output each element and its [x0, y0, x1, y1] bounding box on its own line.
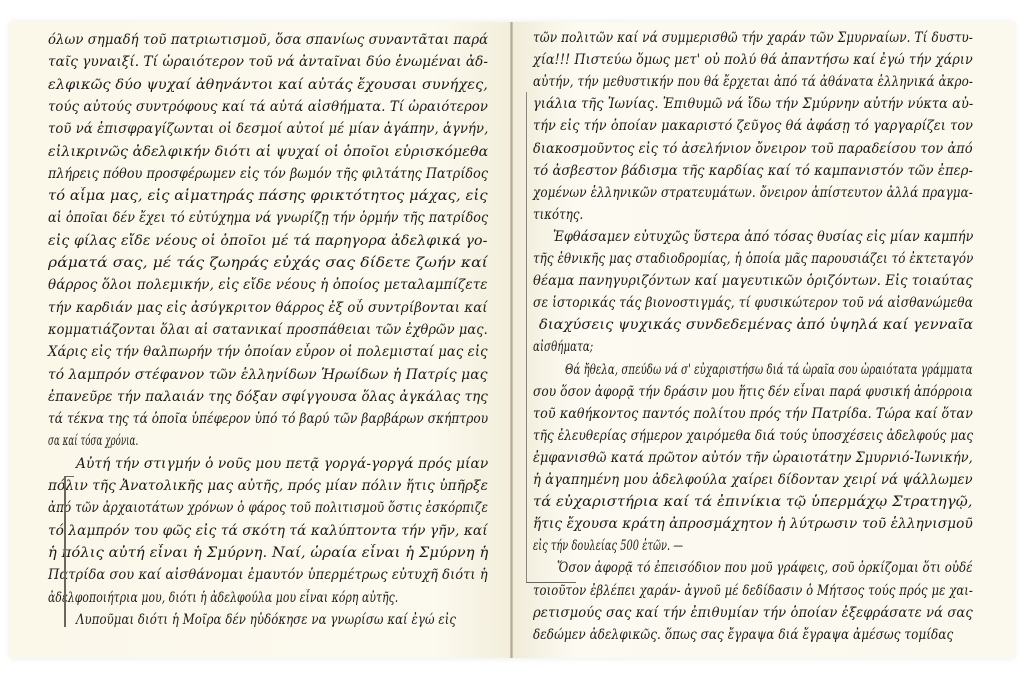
manuscript-line: ἀδελφοποιήτρια μου, διότι ἡ ἀδελφούλα μο…	[48, 590, 398, 606]
manuscript-line: σα καί τόσα χρόνια.	[48, 433, 138, 449]
manuscript-line: διακοσμοῦντος εἰς τό ἀσελήνιον ὄνειρον τ…	[533, 141, 973, 157]
manuscript-line: ἐπανεῦρε τήν παλαιάν της δόξαν σφίγγουσα…	[48, 389, 488, 405]
manuscript-line: Χάρις εἰς τήν θαλπωρήν τήν ὁποίαν εὗρον …	[48, 344, 488, 360]
manuscript-line: τῆς ἐλευθερίας σήμερον χαιρόμεθα διά τού…	[533, 428, 973, 444]
manuscript-line: Αὐτή τήν στιγμήν ὁ νοῦς μου πετᾷ γοργά-γ…	[76, 456, 488, 472]
manuscript-line: τά εὐχαριστήρια καί τά ἐπινίκια τῷ ὑπερμ…	[533, 494, 973, 510]
margin-bracket-right	[526, 92, 529, 582]
manuscript-line: τῶν πολιτῶν καί νά συμμερισθῶ τήν χαράν …	[533, 30, 973, 46]
manuscript-line: τό ἀσβεστον βάδισμα τῆς καρδίας καί τό κ…	[533, 163, 973, 179]
manuscript-line: εἰς τήν δουλείας 500 ἐτῶν. —	[533, 538, 683, 554]
manuscript-line: τούς αὐτούς συντρόφους καί τά αὐτά αἰσθή…	[48, 99, 488, 115]
left-page: όλων σημαδή τοῦ πατριωτισμοῦ, ὅσα σπανίω…	[10, 22, 510, 658]
manuscript-line: ρετισμούς σας καί τήν ἐπιθυμίαν τήν ὁποί…	[533, 605, 973, 621]
manuscript-line: τά τέκνα της τά ὁποῖα ὑπέφερον ὑπό τό βα…	[48, 411, 488, 427]
manuscript-line: εἰς φίλας εἴδε νέους οἱ ὁποῖοι μέ τά παρ…	[48, 233, 488, 249]
manuscript-line: ταῖς γυναιξί. Τί ὡραιότερον τοῦ νά ἀνταῖ…	[48, 54, 488, 70]
manuscript-line: Λυποῦμαι διότι ἡ Μοῖρα δέν ηὐδόκησε να γ…	[76, 612, 456, 628]
manuscript-sheet: όλων σημαδή τοῦ πατριωτισμοῦ, ὅσα σπανίω…	[10, 22, 1014, 658]
manuscript-line: ἀπό τῶν ἀρχαιοτάτων χρόνων ὁ φάρος τοῦ π…	[48, 500, 488, 516]
manuscript-line: ἡ ἀγαπημένη μου ἀδελφούλα χαίρει δίδοντα…	[533, 472, 973, 488]
manuscript-line: ἡ πόλις αὐτή εἶναι ἡ Σμύρνη. Ναί, ὡραία …	[48, 545, 488, 561]
manuscript-line: όλων σημαδή τοῦ πατριωτισμοῦ, ὅσα σπανίω…	[48, 32, 488, 48]
manuscript-line: γιάλια τῆς Ἰωνίας. Ἐπιθυμῶ νά ἴδω τήν Σμ…	[533, 96, 973, 112]
manuscript-line: Ἐφθάσαμεν εὐτυχῶς ὕστερα ἀπό τόσας θυσία…	[553, 229, 973, 245]
right-page: τῶν πολιτῶν καί νά συμμερισθῶ τήν χαράν …	[513, 22, 1014, 658]
manuscript-line: δεδώμεν ἀδελφικῶς. ὅπως σας ἔγραψα διά ἔ…	[533, 627, 953, 643]
manuscript-line: ελφικῶς δύο ψυχαί ἀθηνάντοι καί αὐτάς ἔχ…	[48, 77, 488, 93]
manuscript-line: τικότης.	[533, 207, 583, 223]
manuscript-line: τοῦ καθήκοντος παντός πολίτου πρός τήν Π…	[533, 406, 973, 422]
margin-bracket-right-foot	[526, 582, 576, 583]
manuscript-line: σου ὅσον ἀφορᾷ τήν δράσιν μου ἥτις δέν ε…	[533, 384, 973, 400]
manuscript-line: σε ἱστορικάς τάς βιονοστιγμάς, τί φυσικώ…	[533, 295, 973, 311]
manuscript-line: Ὅσον ἀφορᾷ τό ἐπεισόδιον που μοῦ γράφεις…	[557, 560, 973, 576]
manuscript-line: Πατρίδα σου καί αἰσθάνομαι ἐμαυτόν ὑπερμ…	[48, 567, 488, 583]
manuscript-line: ράματά σας, μέ τάς ζωηράς εὐχάς σας δίδε…	[48, 255, 488, 271]
manuscript-line: πόλιν τῆς Ἀνατολικῆς μας αὐτῆς, πρός μία…	[48, 478, 488, 494]
manuscript-line: πλήρεις πόθου προσφέρωμεν εἰς τόν βωμόν …	[48, 166, 488, 182]
manuscript-line: τό λαμπρόν στέφανον τῶν ἑλληνίδων Ἡρωίδω…	[48, 367, 488, 383]
manuscript-line: χία!!! Πιστεύω ὅμως μετ' οὐ πολύ θά ἀπαν…	[533, 52, 973, 68]
manuscript-line: ἐμφανισθῶ κατά πρῶτον αὐτόν τῆν ὡραιοτάτ…	[533, 450, 973, 466]
margin-bracket-left	[64, 476, 74, 627]
manuscript-line: διαχύσεις ψυχικάς συνδεδεμένας ἀπό ὑψηλά…	[539, 317, 973, 333]
manuscript-line: τοῦ νά ἐπισφραγίζωνται οἱ δεσμοί αὐτοί μ…	[48, 121, 488, 137]
manuscript-line: Θά ἤθελα, σπεύδω νά σ' εὐχαριστήσω διά τ…	[565, 362, 973, 378]
manuscript-line: τό λαμπρόν του φῶς εἰς τά σκότη τά καλύπ…	[48, 523, 488, 539]
manuscript-line: αἰσθήματα;	[533, 339, 593, 355]
manuscript-line: αἱ ὁποῖαι δέν ἔχει τό εὐτύχημα νά γνωρίζ…	[48, 210, 488, 226]
manuscript-line: χομένων ἑλληνικῶν στρατευμάτων. ὄνειρον …	[533, 185, 973, 201]
manuscript-line: τήν εἰς τήν ὁποίαν μακαριστό ζεῦγος θά ἀ…	[533, 118, 973, 134]
manuscript-line: κομματιάζονται ὅλαι αἱ σατανικαί προσπάθ…	[48, 322, 488, 338]
manuscript-line: τό αἷμα μας, εἰς αἱματηράς πάσης φρικτότ…	[48, 188, 488, 204]
manuscript-line: εἰλικρινῶς ἀδελφικήν διότι αἱ ψυχαί οἱ ὁ…	[48, 144, 488, 160]
manuscript-line: θέαμα πανηγυριζόντων καί μαγευτικῶν ὁριζ…	[533, 273, 973, 289]
manuscript-line: θάρρος ὅλοι πολεμικήν, εἰς εἴδε νέους ἡ …	[48, 277, 488, 293]
manuscript-line: αὐτήν, τήν μεθυστικήν που θά ἔρχεται ἀπό…	[533, 74, 973, 90]
manuscript-line: τῆς ἐθνικῆς μας σταδιοδρομίας, ἡ ὁποία μ…	[533, 251, 973, 267]
manuscript-line: τοιοῦτον ἐβλέπει χαράν- ἀγνοῦ μέ δεδίδασ…	[533, 583, 973, 599]
manuscript-line: ἥτις ἔχουσα κράτη ἀπροσμάχητον ἡ λύτρωσι…	[533, 516, 973, 532]
manuscript-line: τήν καρδιάν μας εἰς ἀσύγκριτον θάρρος ἐξ…	[48, 300, 488, 316]
